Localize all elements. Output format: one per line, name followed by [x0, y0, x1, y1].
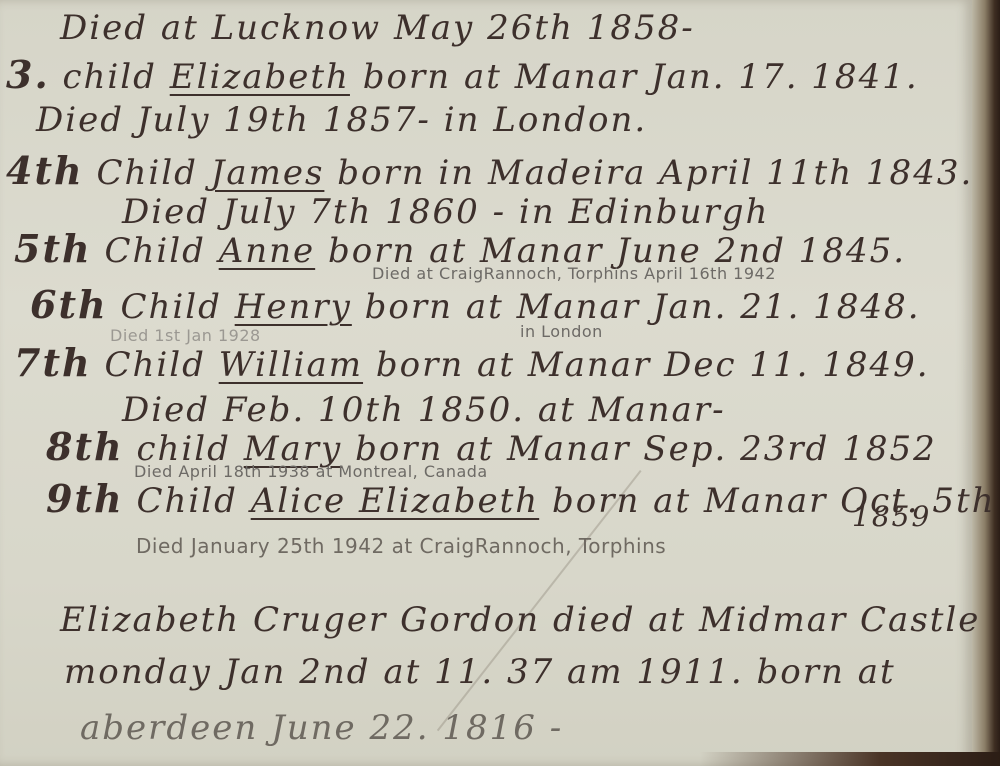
entry-number: 6th [30, 282, 108, 327]
entry-label: Child [96, 153, 197, 193]
entry-6: 6th Child Henry born at Manar Jan. 21. 1… [30, 282, 921, 327]
child-name: Henry [235, 287, 352, 327]
entry-4: 4th Child James born in Madeira April 11… [6, 148, 973, 193]
entry-number: 5th [14, 226, 92, 271]
entry-label: Child [104, 231, 205, 271]
final-note-line-1: Elizabeth Cruger Gordon died at Midmar C… [60, 600, 980, 640]
entry-9-death: Died January 25th 1942 at CraigRannoch, … [136, 534, 666, 558]
child-name: William [219, 345, 363, 385]
entry-3-death: Died July 19th 1857- in London. [36, 100, 647, 140]
entry-number: 3. [6, 52, 50, 97]
entry-number: 9th [46, 476, 124, 521]
entry-9-birth-year: 1859 [852, 500, 931, 533]
entry-label: Child [136, 481, 237, 521]
entry-number: 7th [14, 340, 92, 385]
entry-5-pencil-death-note: Died at CraigRannoch, Torphins April 16t… [372, 264, 776, 283]
entry-label: child [62, 57, 156, 97]
entry-7: 7th Child William born at Manar Dec 11. … [14, 340, 930, 385]
entry-number: 8th [46, 424, 124, 469]
book-cover-edge [700, 752, 1000, 766]
entry-number: 4th [6, 148, 84, 193]
final-note-line-3: aberdeen June 22. 1816 - [80, 708, 563, 748]
birth-record: born in Madeira April 11th 1843. [337, 153, 973, 193]
child-name: Elizabeth [170, 57, 350, 97]
birth-record: born at Manar Jan. 21. 1848. [365, 287, 921, 327]
entry-label: Child [104, 345, 205, 385]
entry-6-pencil-place-note: in London [520, 322, 603, 341]
final-note-line-2: monday Jan 2nd at 11. 37 am 1911. born a… [64, 652, 896, 692]
book-spine-edge [972, 0, 1000, 766]
entry-label: Child [120, 287, 221, 327]
child-name: Alice Elizabeth [251, 481, 539, 521]
entry-2-death: Died at Lucknow May 26th 1858- [60, 8, 695, 48]
child-name: James [211, 153, 325, 193]
birth-record: born at Manar Dec 11. 1849. [376, 345, 930, 385]
entry-3: 3. child Elizabeth born at Manar Jan. 17… [6, 52, 919, 97]
child-name: Anne [219, 231, 315, 271]
birth-record: born at Manar Jan. 17. 1841. [363, 57, 919, 97]
